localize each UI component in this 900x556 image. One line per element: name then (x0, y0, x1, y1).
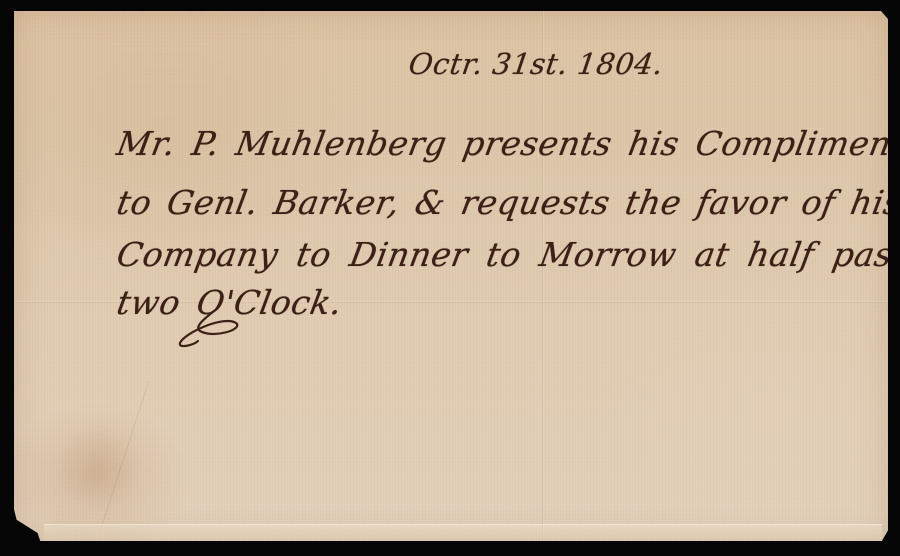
bottom-folded-edge (44, 524, 882, 541)
vertical-fold-crease (542, 11, 544, 541)
letter-line-2: to Genl. Barker, & requests the favor of… (114, 183, 900, 222)
letter-line-3: Company to Dinner to Morrow at half past (114, 235, 900, 274)
letter-line-1: Mr. P. Muhlenberg presents his Complimen… (114, 124, 900, 163)
letter-date: Octr. 31st. 1804. (407, 47, 666, 81)
signature-flourish-icon (174, 309, 254, 349)
foxing-stain (54, 421, 144, 511)
paper-sheet: Octr. 31st. 1804. Mr. P. Muhlenberg pres… (14, 11, 888, 541)
scan-background: Octr. 31st. 1804. Mr. P. Muhlenberg pres… (0, 0, 900, 556)
